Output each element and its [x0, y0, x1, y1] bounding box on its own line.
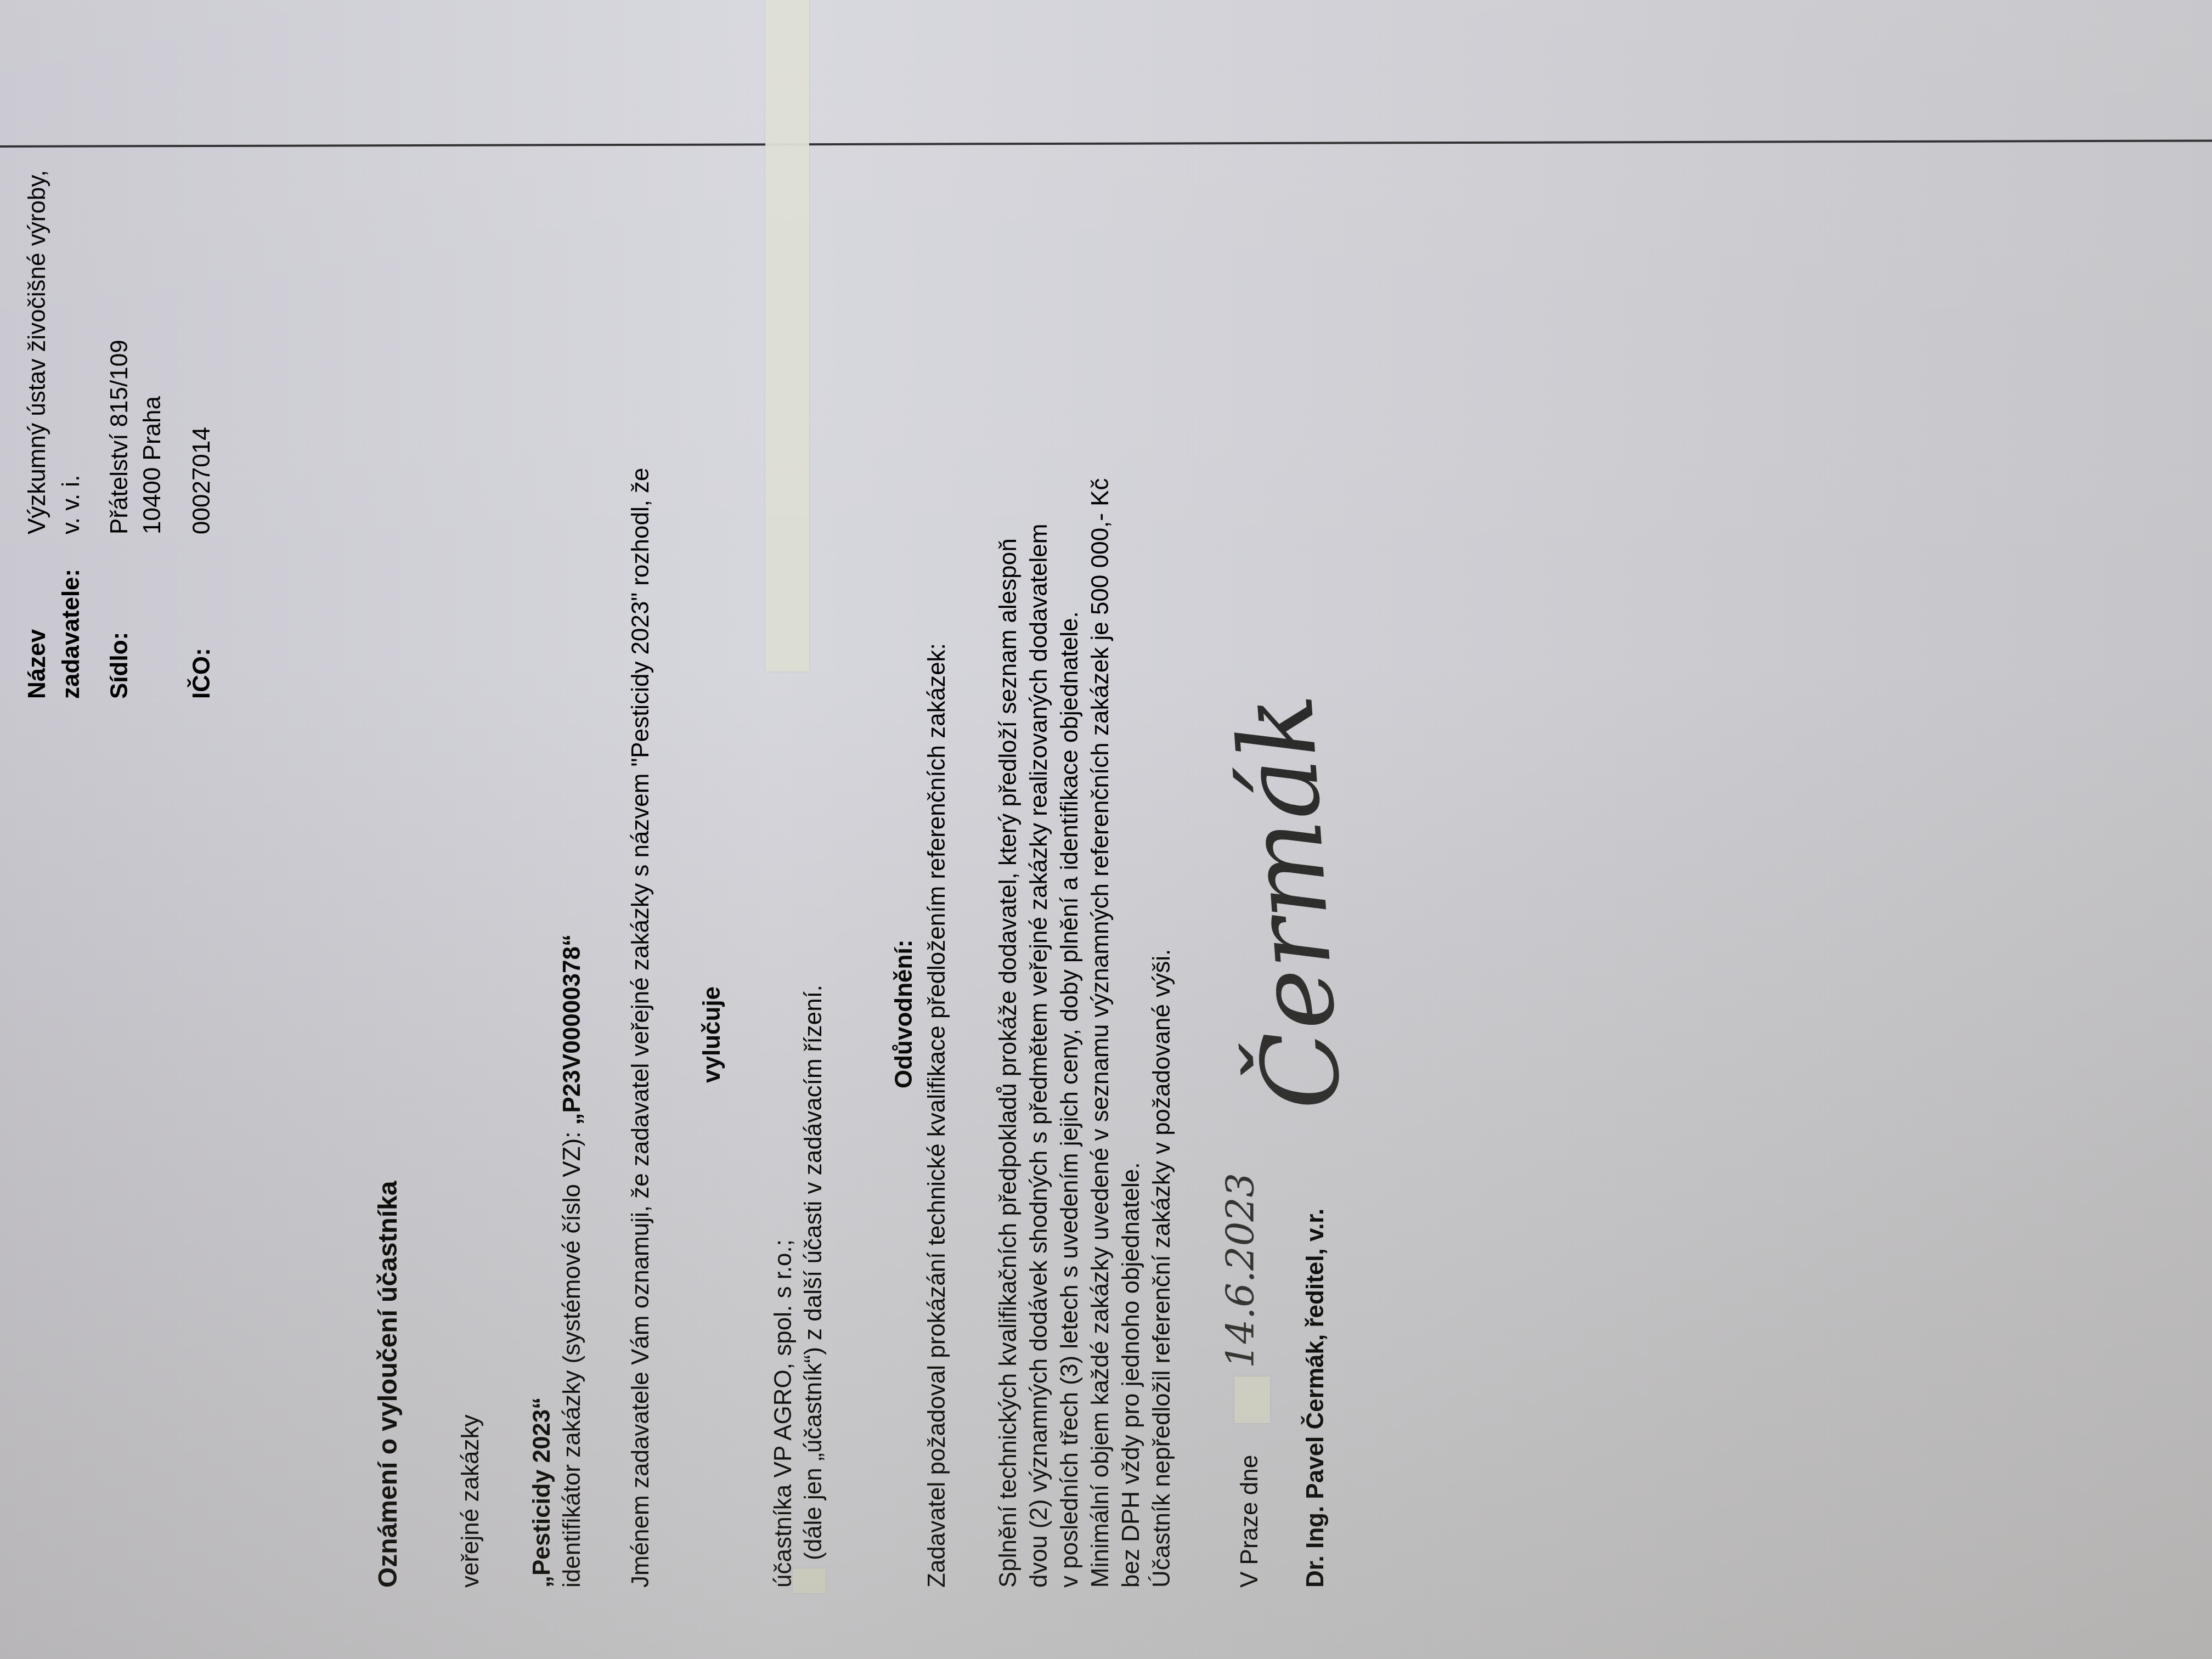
- value-ico: 00027014: [187, 427, 217, 534]
- redaction-tape: [793, 1568, 826, 1593]
- value-legal-form: v. v. i.: [56, 475, 87, 534]
- procurement-identifier: identifikátor zakázky (systémové číslo V…: [557, 934, 588, 1588]
- participant-definition: (dále jen „účastník“) z další účasti v z…: [798, 985, 829, 1588]
- redaction-tape: [1234, 1376, 1270, 1423]
- justification-heading: Odůvodnění:: [889, 940, 919, 1088]
- qualification-paragraph: Splnění technických kvalifikačních předp…: [993, 478, 1147, 1588]
- document-subtitle: veřejné zakázky: [455, 1415, 486, 1588]
- handwritten-date: 14.6.2023: [1218, 1173, 1263, 1368]
- signature: Čermák: [1215, 691, 1364, 1114]
- label-ico: IČO:: [187, 648, 217, 699]
- document-title: Oznámení o vyloučení účastníka: [373, 1181, 404, 1588]
- reason-note: Účastník nepředložil referenční zakázky …: [1147, 949, 1177, 1588]
- decision-text: vylučuje: [697, 986, 727, 1083]
- place-date: V Praze dne: [1234, 1455, 1265, 1588]
- label-authority: zadavatele:: [56, 569, 87, 699]
- intro-text: Jménem zadavatele Vám oznamuji, že zadav…: [625, 467, 656, 1588]
- value-city: 10400 Praha: [137, 396, 168, 534]
- label-seat: Sídlo:: [104, 632, 135, 699]
- label-name: Název: [22, 629, 53, 699]
- signer-name: Dr. Ing. Pavel Čermák, ředitel, v.r.: [1300, 1209, 1331, 1588]
- participant-line: účastníka VP AGRO, spol. s r.o.;: [768, 1239, 799, 1588]
- document-page: Název Výzkumný ústav živočišné výroby, z…: [0, 0, 2212, 1659]
- identifier-value: „P23V00000378“: [558, 934, 585, 1125]
- redaction-tape: [765, 0, 809, 672]
- value-street: Přátelství 815/109: [104, 340, 135, 534]
- procurement-name: „Pesticidy 2023“: [527, 1397, 557, 1588]
- requirement-text: Zadavatel požadoval prokázání technické …: [922, 643, 952, 1588]
- value-name: Výzkumný ústav živočišné výroby,: [22, 170, 53, 534]
